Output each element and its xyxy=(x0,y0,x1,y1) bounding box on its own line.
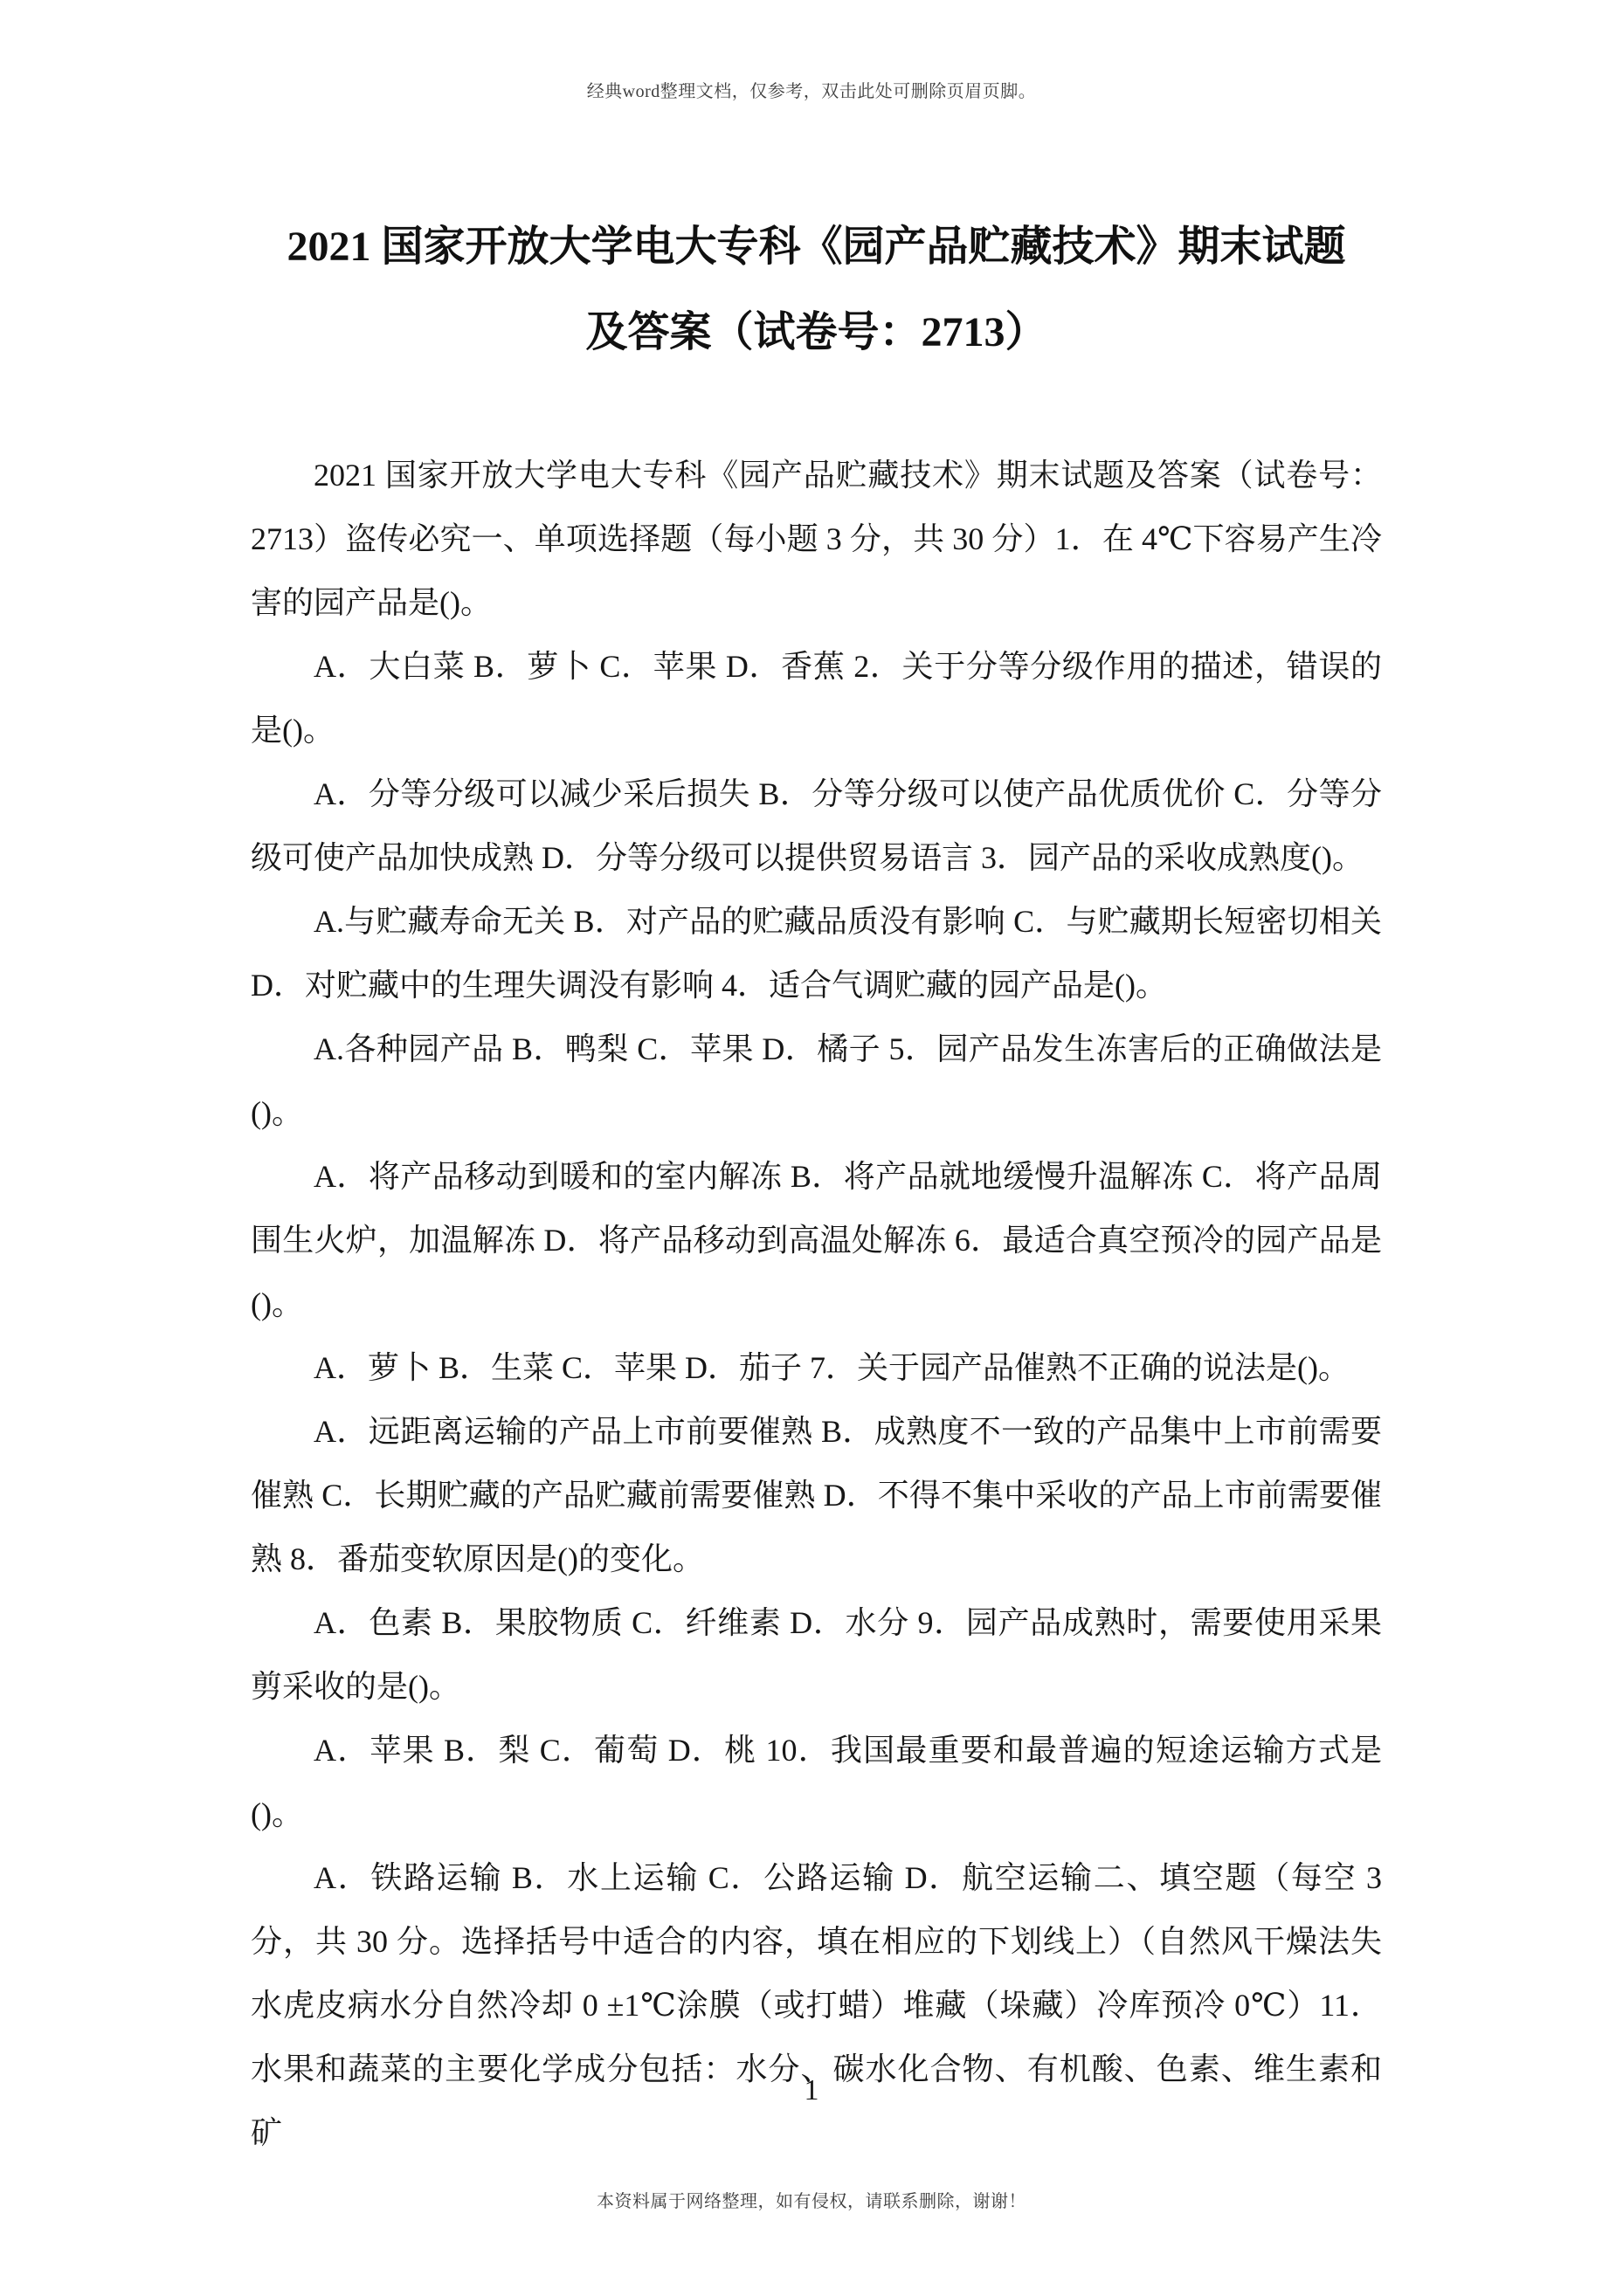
paragraph-q8-options-q9: A．色素 B．果胶物质 C．纤维素 D．水分 9．园产品成熟时，需要使用采果剪采… xyxy=(251,1591,1382,1719)
paragraph-q1-options-q2: A．大白菜 B．萝卜 C．苹果 D．香蕉 2．关于分等分级作用的描述，错误的是(… xyxy=(251,635,1382,762)
document-title-line1: 2021 国家开放大学电大专科《园产品贮藏技术》期末试题 xyxy=(251,204,1382,290)
header-note: 经典word整理文档，仅参考，双击此处可删除页眉页脚。 xyxy=(0,80,1623,103)
paragraph-q5-options-q6: A．将产品移动到暖和的室内解冻 B．将产品就地缓慢升温解冻 C．将产品周围生火炉… xyxy=(251,1145,1382,1336)
paragraph-q4-options-q5: A.各种园产品 B．鸭梨 C．苹果 D．橘子 5．园产品发生冻害后的正确做法是(… xyxy=(251,1017,1382,1145)
paragraph-q3-options-q4: A.与贮藏寿命无关 B．对产品的贮藏品质没有影响 C．与贮藏期长短密切相关 D．… xyxy=(251,890,1382,1017)
document-title-line2: 及答案（试卷号：2713） xyxy=(251,290,1382,376)
document-page: 经典word整理文档，仅参考，双击此处可删除页眉页脚。 2021 国家开放大学电… xyxy=(0,0,1623,2296)
paragraph-q7-options-q8: A．远距离运输的产品上市前要催熟 B．成熟度不一致的产品集中上市前需要催熟 C．… xyxy=(251,1400,1382,1591)
paragraph-q6-options-q7: A．萝卜 B．生菜 C．苹果 D．茄子 7．关于园产品催熟不正确的说法是()。 xyxy=(251,1336,1382,1400)
paragraph-intro-q1: 2021 国家开放大学电大专科《园产品贮藏技术》期末试题及答案（试卷号：2713… xyxy=(251,444,1382,635)
paragraph-q2-options-q3: A．分等分级可以减少采后损失 B．分等分级可以使产品优质优价 C．分等分级可使产… xyxy=(251,762,1382,890)
document-body: 2021 国家开放大学电大专科《园产品贮藏技术》期末试题及答案（试卷号：2713… xyxy=(251,444,1382,2165)
paragraph-q9-options-q10: A．苹果 B．梨 C．葡萄 D．桃 10．我国最重要和最普遍的短途运输方式是()… xyxy=(251,1719,1382,1846)
footer-note: 本资料属于网络整理，如有侵权，请联系删除，谢谢！ xyxy=(0,2190,1623,2213)
page-number: 1 xyxy=(0,2072,1623,2110)
document-title: 2021 国家开放大学电大专科《园产品贮藏技术》期末试题 及答案（试卷号：271… xyxy=(251,204,1382,376)
paragraph-q10-options-section2: A．铁路运输 B．水上运输 C．公路运输 D．航空运输二、填空题（每空 3 分，… xyxy=(251,1846,1382,2165)
